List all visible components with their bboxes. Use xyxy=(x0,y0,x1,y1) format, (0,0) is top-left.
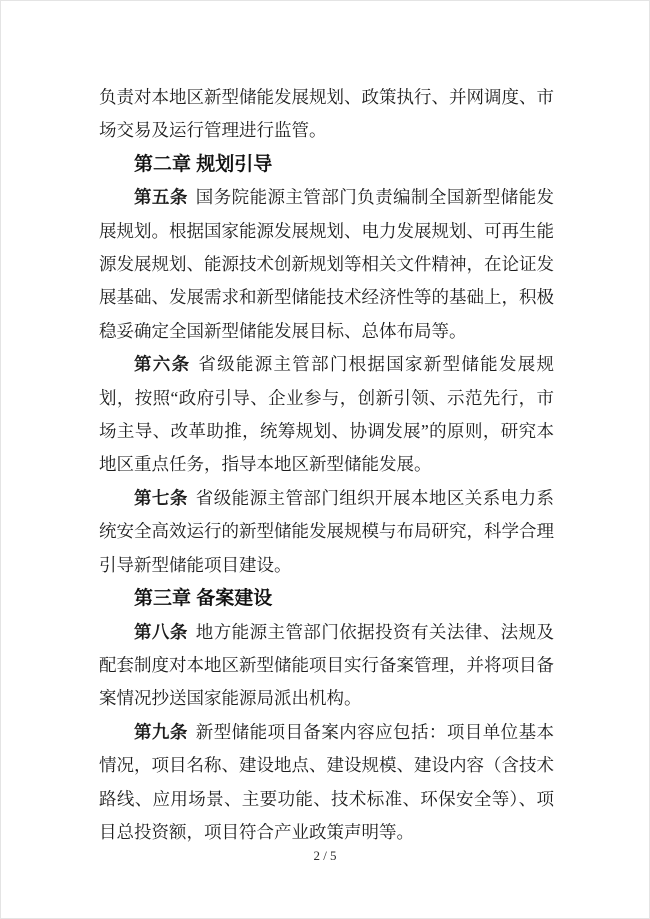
chapter-3-heading: 第三章 备案建设 xyxy=(99,582,554,615)
document-body: 负责对本地区新型储能发展规划、政策执行、并网调度、市场交易及运行管理进行监管。 … xyxy=(99,81,554,849)
article-5-number: 第五条 xyxy=(134,187,188,207)
article-7-paragraph: 第七条省级能源主管部门组织开展本地区关系电力系统安全高效运行的新型储能发展规模与… xyxy=(99,482,554,582)
page-number: 2 / 5 xyxy=(1,847,649,865)
article-8-paragraph: 第八条地方能源主管部门依据投资有关法律、法规及配套制度对本地区新型储能项目实行备… xyxy=(99,616,554,716)
article-5-paragraph: 第五条国务院能源主管部门负责编制全国新型储能发展规划。根据国家能源发展规划、电力… xyxy=(99,181,554,348)
article-5-text: 国务院能源主管部门负责编制全国新型储能发展规划。根据国家能源发展规划、电力发展规… xyxy=(99,187,554,341)
article-8-number: 第八条 xyxy=(134,622,188,642)
continuation-paragraph: 负责对本地区新型储能发展规划、政策执行、并网调度、市场交易及运行管理进行监管。 xyxy=(99,81,554,148)
article-9-paragraph: 第九条新型储能项目备案内容应包括：项目单位基本情况，项目名称、建设地点、建设规模… xyxy=(99,716,554,850)
article-7-number: 第七条 xyxy=(134,488,188,508)
document-page: 负责对本地区新型储能发展规划、政策执行、并网调度、市场交易及运行管理进行监管。 … xyxy=(0,0,650,919)
article-6-paragraph: 第六条省级能源主管部门根据国家新型储能发展规划，按照“政府引导、企业参与，创新引… xyxy=(99,348,554,482)
article-6-number: 第六条 xyxy=(134,354,190,374)
chapter-2-heading: 第二章 规划引导 xyxy=(99,148,554,181)
article-9-number: 第九条 xyxy=(134,722,188,742)
